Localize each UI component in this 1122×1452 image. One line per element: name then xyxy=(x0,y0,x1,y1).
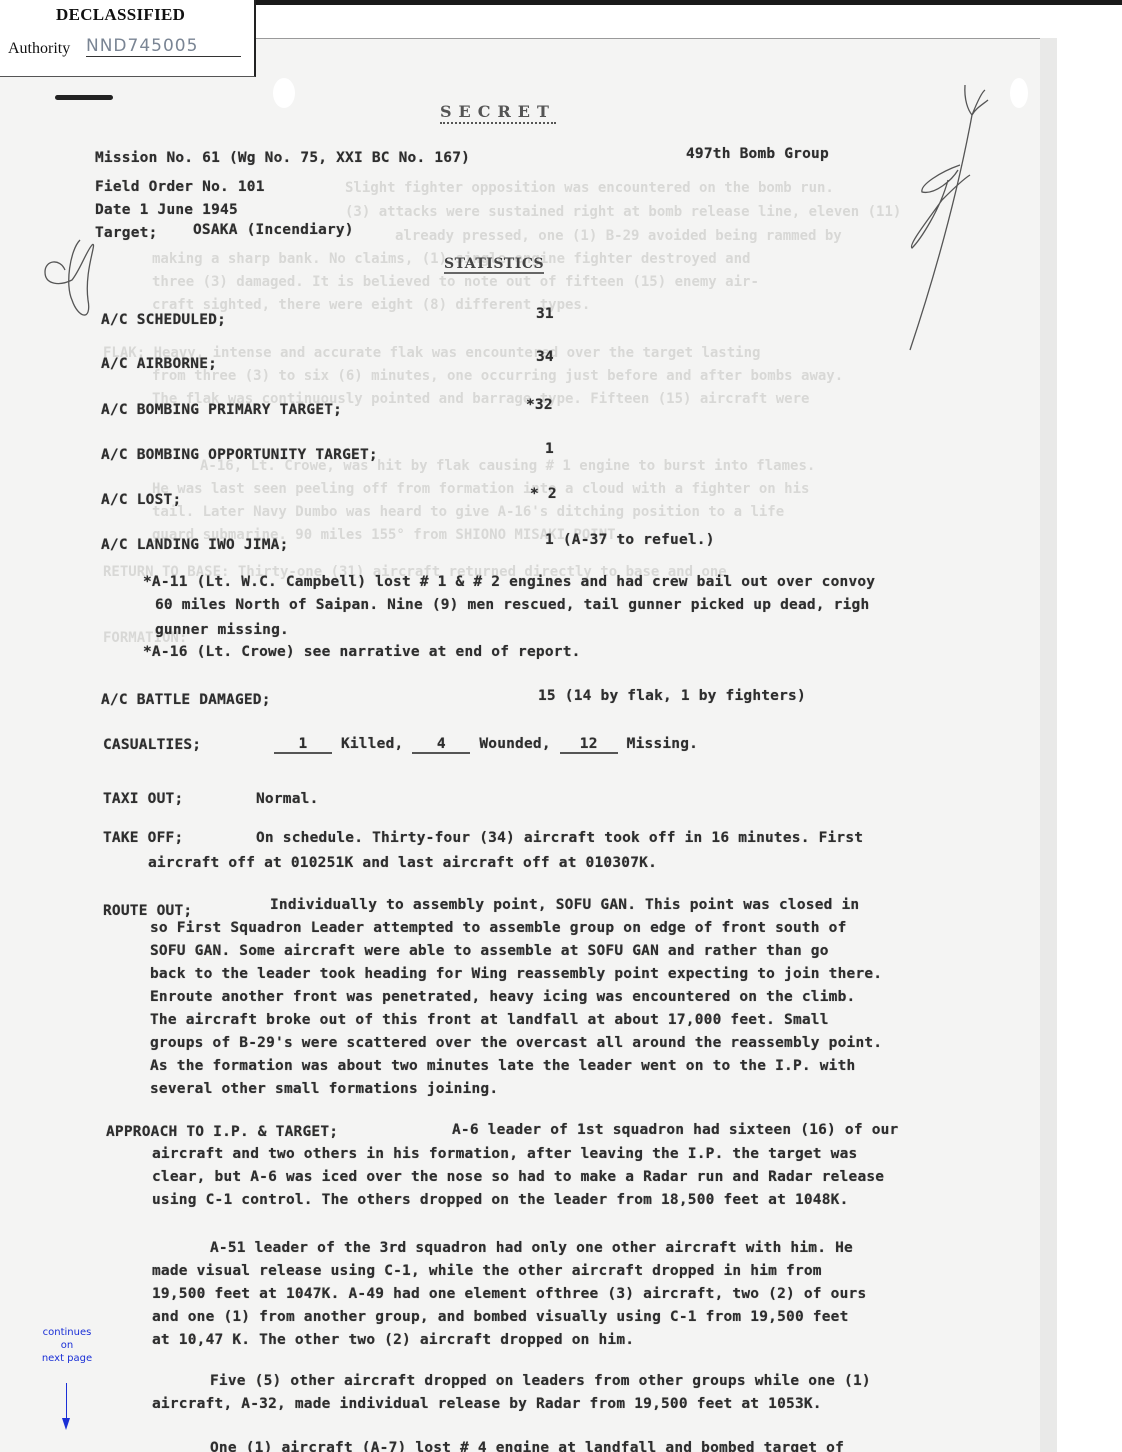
down-arrow-icon xyxy=(66,1383,67,1421)
route-out-line: The aircraft broke out of this front at … xyxy=(150,1012,829,1028)
casualties-label: CASUALTIES; xyxy=(103,737,201,753)
stat-label: A/C BOMBING PRIMARY TARGET; xyxy=(101,402,342,418)
note-line: continues xyxy=(40,1326,94,1339)
mission-date: Date 1 June 1945 xyxy=(95,202,238,218)
staple-mark xyxy=(55,95,113,100)
stamp-title: DECLASSIFIED xyxy=(56,5,185,25)
ghost-line: three (3) damaged. It is believed to not… xyxy=(152,274,759,290)
approach-line: clear, but A-6 was iced over the nose so… xyxy=(152,1169,884,1185)
declassified-stamp: DECLASSIFIED Authority NND745005 xyxy=(0,0,256,77)
stat-value: 31 xyxy=(536,306,554,322)
pencil-number-mark xyxy=(890,80,1000,350)
continuation-note: continues on next page xyxy=(40,1326,94,1365)
ghost-line: (3) attacks were sustained right at bomb… xyxy=(345,204,901,220)
taxi-out-value: Normal. xyxy=(256,791,319,807)
take-off-line: On schedule. Thirty-four (34) aircraft t… xyxy=(256,830,863,846)
classification-heading: SECRET xyxy=(440,102,556,124)
down-arrow-head-icon xyxy=(62,1418,70,1430)
approach-line: A-51 leader of the 3rd squadron had only… xyxy=(210,1240,853,1256)
battle-damaged-label: A/C BATTLE DAMAGED; xyxy=(101,692,271,708)
route-out-line: groups of B-29's were scattered over the… xyxy=(150,1035,882,1051)
statistics-heading: STATISTICS xyxy=(444,256,544,274)
route-out-line: so First Squadron Leader attempted to as… xyxy=(150,920,847,936)
route-out-line: As the formation was about two minutes l… xyxy=(150,1058,855,1074)
stat-value: 1 (A-37 to refuel.) xyxy=(545,532,715,548)
note-line: on xyxy=(40,1339,94,1352)
approach-line: and one (1) from another group, and bomb… xyxy=(152,1309,849,1325)
footnote-line: gunner missing. xyxy=(155,622,289,638)
missing-count: 12 xyxy=(560,736,618,754)
missing-label: Missing. xyxy=(627,736,698,752)
approach-line-partial: One (1) aircraft (A-7) lost # 4 engine a… xyxy=(210,1440,844,1452)
route-out-line: back to the leader took heading for Wing… xyxy=(150,966,882,982)
ghost-line: from three (3) to six (6) minutes, one o… xyxy=(152,368,843,384)
pencil-initials-mark xyxy=(20,230,90,330)
unit-name: 497th Bomb Group xyxy=(686,146,829,162)
stat-label: A/C AIRBORNE; xyxy=(101,356,217,372)
route-out-line: Enroute another front was penetrated, he… xyxy=(150,989,855,1005)
approach-line: made visual release using C-1, while the… xyxy=(152,1263,822,1279)
stat-value: 34 xyxy=(536,349,554,365)
casualties-row: 1 Killed, 4 Wounded, 12 Missing. xyxy=(274,736,698,754)
target-value: OSAKA (Incendiary) xyxy=(193,222,354,238)
route-out-line: several other small formations joining. xyxy=(150,1081,498,1097)
page-edge xyxy=(1040,38,1057,1452)
take-off-line: aircraft off at 010251K and last aircraf… xyxy=(148,855,657,871)
take-off-label: TAKE OFF; xyxy=(103,830,183,846)
approach-line: using C-1 control. The others dropped on… xyxy=(152,1192,849,1208)
mission-number: Mission No. 61 (Wg No. 75, XXI BC No. 16… xyxy=(95,150,470,166)
footnote-line: 60 miles North of Saipan. Nine (9) men r… xyxy=(155,597,869,613)
wounded-count: 4 xyxy=(412,736,470,754)
footnote-line: *A-11 (Lt. W.C. Campbell) lost # 1 & # 2… xyxy=(143,574,875,590)
stat-value: 1 xyxy=(545,441,554,457)
approach-line: at 10,47 K. The other two (2) aircraft d… xyxy=(152,1332,634,1348)
authority-label: Authority xyxy=(8,40,70,58)
route-out-line: Individually to assembly point, SOFU GAN… xyxy=(270,897,859,913)
ghost-line: tail. Later Navy Dumbo was heard to give… xyxy=(152,504,784,520)
stat-label: A/C SCHEDULED; xyxy=(101,312,226,328)
route-out-line: SOFU GAN. Some aircraft were able to ass… xyxy=(150,943,829,959)
wounded-label: Wounded, xyxy=(479,736,550,752)
approach-line: A-6 leader of 1st squadron had sixteen (… xyxy=(452,1122,899,1138)
approach-line: 19,500 feet at 1047K. A-49 had one eleme… xyxy=(152,1286,866,1302)
authority-value: NND745005 xyxy=(86,36,241,57)
stat-label: A/C LANDING IWO JIMA; xyxy=(101,537,289,553)
killed-count: 1 xyxy=(274,736,332,754)
footnote-line: *A-16 (Lt. Crowe) see narrative at end o… xyxy=(143,644,581,660)
stat-value: * 2 xyxy=(530,486,557,502)
note-line: next page xyxy=(40,1352,94,1365)
approach-line: aircraft, A-32, made individual release … xyxy=(152,1396,822,1412)
approach-label: APPROACH TO I.P. & TARGET; xyxy=(106,1124,338,1140)
punch-hole xyxy=(1010,78,1028,108)
taxi-out-label: TAXI OUT; xyxy=(103,791,183,807)
stat-label: A/C LOST; xyxy=(101,492,181,508)
ghost-line: He was last seen peeling off from format… xyxy=(152,481,809,497)
field-order: Field Order No. 101 xyxy=(95,179,265,195)
stat-label: A/C BOMBING OPPORTUNITY TARGET; xyxy=(101,447,378,463)
approach-line: aircraft and two others in his formation… xyxy=(152,1146,857,1162)
route-out-label: ROUTE OUT; xyxy=(103,903,192,919)
battle-damaged-value: 15 (14 by flak, 1 by fighters) xyxy=(538,688,806,704)
ghost-line: already pressed, one (1) B-29 avoided be… xyxy=(395,228,842,244)
ghost-line: craft sighted, there were eight (8) diff… xyxy=(152,297,590,313)
punch-hole xyxy=(273,78,295,108)
killed-label: Killed, xyxy=(341,736,404,752)
stat-value: *32 xyxy=(526,397,553,413)
ghost-line: Slight fighter opposition was encountere… xyxy=(345,180,834,196)
approach-line: Five (5) other aircraft dropped on leade… xyxy=(210,1373,871,1389)
target-label: Target; xyxy=(95,225,158,241)
